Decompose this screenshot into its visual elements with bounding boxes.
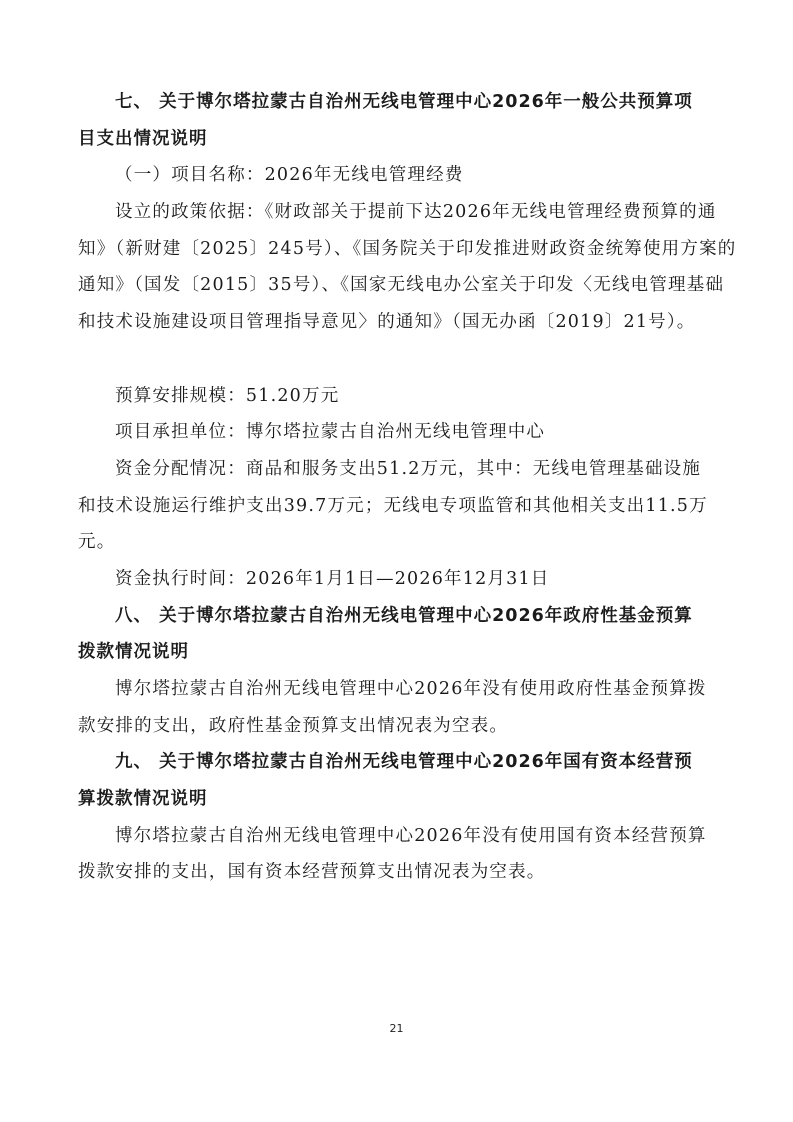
- undertaking-unit: 项目承担单位：博尔塔拉蒙古自治州无线电管理中心: [78, 414, 708, 451]
- section-heading: 八、 关于博尔塔拉蒙古自治州无线电管理中心2026年政府性基金预算 拨款情况说明: [78, 598, 708, 671]
- policy-basis-line: 通知》（国发〔2015〕35号）、《国家无线电办公室关于印发〈无线电管理基础: [78, 267, 708, 304]
- allocation-line: 和技术设施运行维护支出39.7万元；无线电专项监管和其他相关支出11.5万: [78, 488, 708, 525]
- heading-line: 算拨款情况说明: [78, 781, 708, 818]
- heading-line: 目支出情况说明: [78, 121, 708, 158]
- heading-line: 九、 关于博尔塔拉蒙古自治州无线电管理中心2026年国有资本经营预: [78, 744, 708, 781]
- section-nine: 九、 关于博尔塔拉蒙古自治州无线电管理中心2026年国有资本经营预 算拨款情况说…: [78, 744, 708, 891]
- heading-line: 八、 关于博尔塔拉蒙古自治州无线电管理中心2026年政府性基金预算: [78, 598, 708, 635]
- policy-basis-line: 和技术设施建设项目管理指导意见〉的通知》（国无办函〔2019〕21号）。: [78, 304, 708, 341]
- heading-line: 拨款情况说明: [78, 634, 708, 671]
- allocation-line: 元。: [78, 524, 708, 561]
- body-line: 博尔塔拉蒙古自治州无线电管理中心2026年没有使用政府性基金预算拨: [78, 671, 708, 708]
- section-eight: 八、 关于博尔塔拉蒙古自治州无线电管理中心2026年政府性基金预算 拨款情况说明…: [78, 598, 708, 745]
- project-name: （一）项目名称：2026年无线电管理经费: [78, 157, 708, 194]
- heading-line: 七、 关于博尔塔拉蒙古自治州无线电管理中心2026年一般公共预算项: [78, 84, 708, 121]
- body-line: 拨款安排的支出，国有资本经营预算支出情况表为空表。: [78, 854, 708, 891]
- allocation-line: 资金分配情况：商品和服务支出51.2万元，其中：无线电管理基础设施: [78, 451, 708, 488]
- section-heading: 七、 关于博尔塔拉蒙古自治州无线电管理中心2026年一般公共预算项 目支出情况说…: [78, 84, 708, 157]
- budget-scale: 预算安排规模：51.20万元: [78, 378, 708, 415]
- document-page: 七、 关于博尔塔拉蒙古自治州无线电管理中心2026年一般公共预算项 目支出情况说…: [78, 84, 708, 891]
- body-line: 款安排的支出，政府性基金预算支出情况表为空表。: [78, 708, 708, 745]
- policy-basis-line: 知》（新财建〔2025〕245号）、《国务院关于印发推进财政资金统筹使用方案的: [78, 231, 708, 268]
- blank-line: [78, 341, 708, 378]
- section-heading: 九、 关于博尔塔拉蒙古自治州无线电管理中心2026年国有资本经营预 算拨款情况说…: [78, 744, 708, 817]
- policy-basis-line: 设立的政策依据：《财政部关于提前下达2026年无线电管理经费预算的通: [78, 194, 708, 231]
- page-number: 21: [0, 1022, 793, 1035]
- section-seven: 七、 关于博尔塔拉蒙古自治州无线电管理中心2026年一般公共预算项 目支出情况说…: [78, 84, 708, 598]
- execution-time: 资金执行时间：2026年1月1日—2026年12月31日: [78, 561, 708, 598]
- body-line: 博尔塔拉蒙古自治州无线电管理中心2026年没有使用国有资本经营预算: [78, 818, 708, 855]
